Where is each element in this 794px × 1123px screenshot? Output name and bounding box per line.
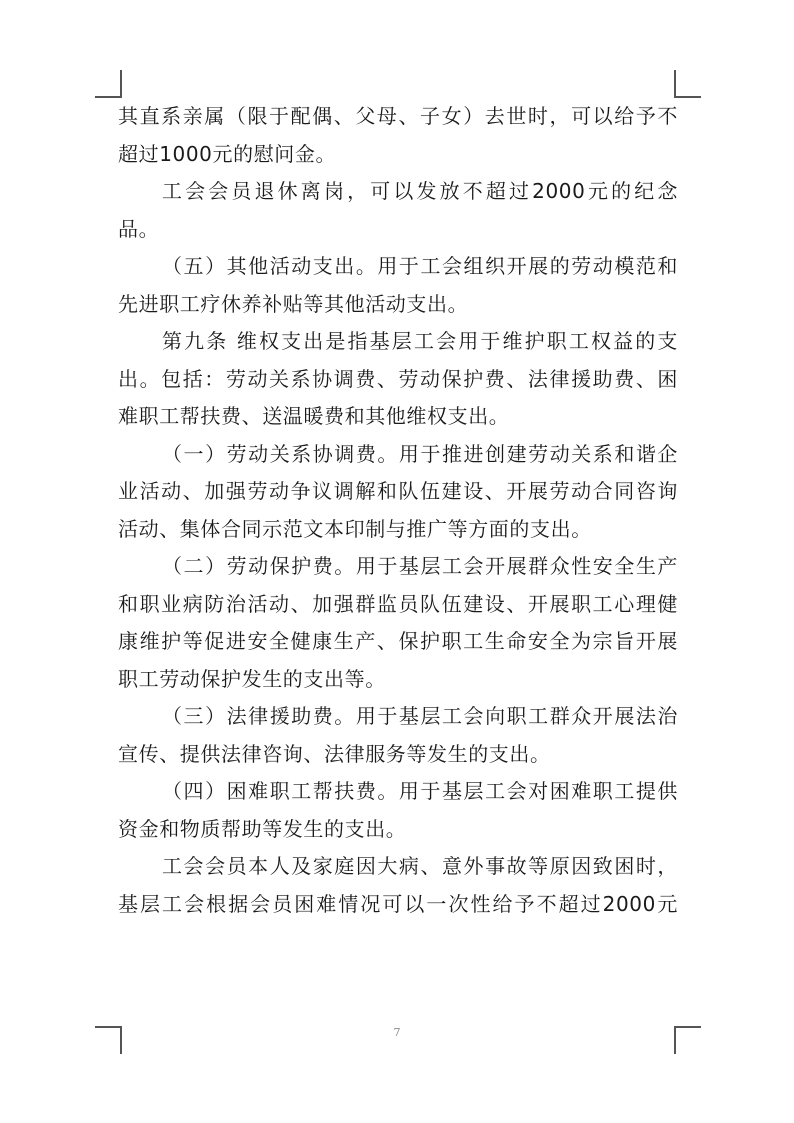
document-body: 其直系亲属（限于配偶、父母、子女）去世时，可以给予不 超过1000元的慰问金。 … [118,99,678,924]
text-line: 出。包括：劳动关系协调费、劳动保护费、法律援助费、困 [118,362,678,400]
text-line: 工会会员退休离岗，可以发放不超过2000元的纪念 [118,174,678,212]
text-line: 第九条 维权支出是指基层工会用于维护职工权益的支 [118,324,678,362]
text-line: 资金和物质帮助等发生的支出。 [118,812,678,850]
text-line: 难职工帮扶费、送温暖费和其他维权支出。 [118,399,678,437]
text-line: （一）劳动关系协调费。用于推进创建劳动关系和谐企 [118,437,678,475]
text-line: 工会会员本人及家庭因大病、意外事故等原因致困时， [118,849,678,887]
text-line: 超过1000元的慰问金。 [118,137,678,175]
text-line: 和职业病防治活动、加强群监员队伍建设、开展职工心理健 [118,587,678,625]
text-line: （五）其他活动支出。用于工会组织开展的劳动模范和 [118,249,678,287]
text-line: （二）劳动保护费。用于基层工会开展群众性安全生产 [118,549,678,587]
text-line: 其直系亲属（限于配偶、父母、子女）去世时，可以给予不 [118,99,678,137]
crop-mark-top-left [95,70,122,98]
text-line: （四）困难职工帮扶费。用于基层工会对困难职工提供 [118,774,678,812]
text-line: 康维护等促进安全健康生产、保护职工生命安全为宗旨开展 [118,624,678,662]
text-line: 宣传、提供法律咨询、法律服务等发生的支出。 [118,737,678,775]
text-line: 活动、集体合同示范文本印制与推广等方面的支出。 [118,512,678,550]
text-line: （三）法律援助费。用于基层工会向职工群众开展法治 [118,699,678,737]
text-line: 品。 [118,212,678,250]
text-line: 职工劳动保护发生的支出等。 [118,662,678,700]
text-line: 业活动、加强劳动争议调解和队伍建设、开展劳动合同咨询 [118,474,678,512]
crop-mark-top-right [674,70,701,98]
page-number: 7 [0,1026,794,1039]
text-line: 基层工会根据会员困难情况可以一次性给予不超过2000元 [118,887,678,925]
text-line: 先进职工疗休养补贴等其他活动支出。 [118,287,678,325]
